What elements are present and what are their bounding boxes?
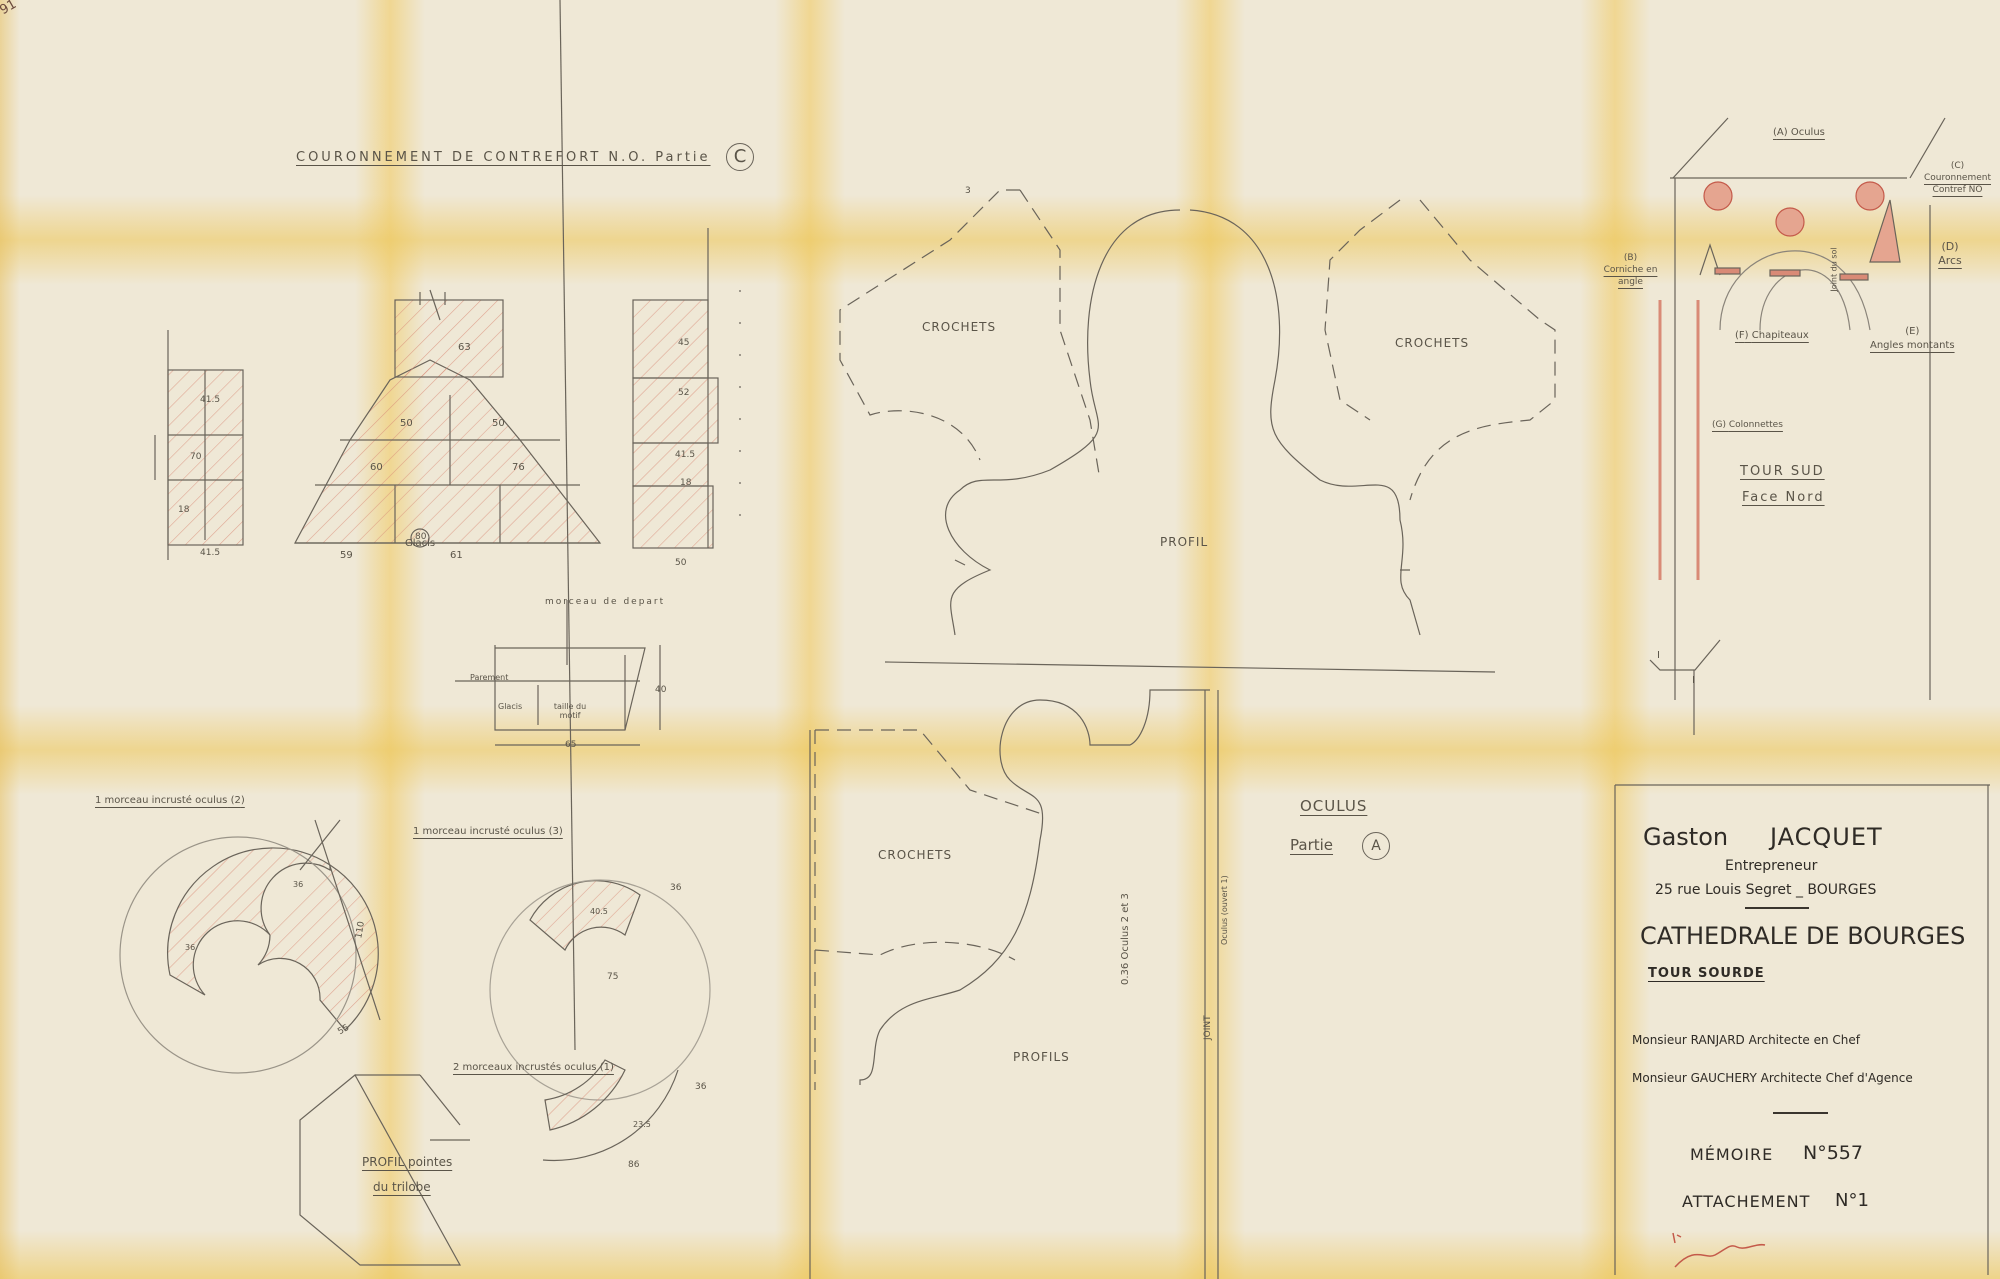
memoire-number: N°557 — [1803, 1142, 1863, 1164]
tower-elevation — [1650, 118, 1945, 735]
dim-60: 60 — [370, 462, 383, 473]
architect-2: Monsieur GAUCHERY Architecte Chef d'Agen… — [1632, 1071, 1913, 1085]
firm-role: Entrepreneur — [1725, 858, 1817, 874]
section-line — [885, 662, 1495, 672]
piece-3-dim-b: 36 — [670, 883, 681, 893]
crochets-label-left: CROCHETS — [922, 320, 996, 334]
vertical-note-oculus: 0.36 Oculus 2 et 3 — [1120, 893, 1131, 985]
tower-label: TOUR SUD — [1740, 464, 1825, 479]
memoire-label: MÉMOIRE — [1690, 1145, 1773, 1164]
signature — [1665, 1225, 1775, 1275]
profil-mark: 3 — [965, 186, 971, 196]
key-a: (A) Oculus — [1773, 127, 1825, 138]
dim-76: 76 — [512, 462, 525, 473]
left-dim-3: 18 — [178, 505, 189, 515]
left-dim-4: 41.5 — [200, 548, 220, 558]
key-f: (F) Chapiteaux — [1735, 330, 1809, 341]
profils-label-bottom: PROFILS — [1013, 1050, 1070, 1064]
crochets-bottom-dashed — [815, 730, 1045, 1090]
profil-pointes-outline — [300, 1075, 460, 1265]
detail-width: 65 — [565, 740, 576, 750]
firm-last-name: JACQUET — [1770, 823, 1883, 851]
face-label: Face Nord — [1742, 490, 1825, 505]
left-elevation-block — [155, 330, 243, 560]
dim-50-left: 50 — [400, 418, 413, 429]
vertical-note-joint: JOINT — [1203, 1015, 1213, 1040]
key-e: (E)Angles montants — [1870, 325, 1955, 353]
section-c-circle-letter: C — [726, 143, 754, 171]
profil-pointes-label-1: PROFIL pointes — [362, 1155, 452, 1169]
divider — [1773, 1112, 1828, 1114]
left-dim-2: 70 — [190, 452, 201, 462]
side-dim-52: 52 — [678, 388, 689, 398]
vertical-note-ouvert: Oculus (ouvert 1) — [1220, 875, 1229, 945]
piece-2-dim-b: 36 — [185, 943, 195, 952]
piece-1-dim-c: 36 — [695, 1082, 706, 1092]
parement-label: Parement — [470, 673, 508, 682]
bottom-profile-outline — [860, 690, 1218, 1279]
piece-1-label: 2 morceaux incrustés oculus (1) — [453, 1062, 614, 1073]
left-dim-1: 41.5 — [200, 395, 220, 405]
key-d: (D)Arcs — [1930, 240, 1970, 268]
depart-label: morceau de depart — [545, 597, 665, 607]
subproject-name: TOUR SOURDE — [1648, 966, 1765, 981]
detail-glacis-label: Glacis — [498, 702, 522, 711]
piece-3-label: 1 morceau incrusté oculus (3) — [413, 826, 563, 837]
profil-label-center: PROFIL — [1160, 535, 1208, 549]
base-dim-left: 59 — [340, 550, 353, 561]
dim-50-right: 50 — [492, 418, 505, 429]
key-b: (B)Corniche en angle — [1603, 252, 1658, 288]
key-c: (C)Couronnement Contref NO — [1920, 160, 1995, 196]
base-dim-right: 61 — [450, 550, 463, 561]
piece-2-dim-a: 36 — [293, 880, 303, 889]
side-dim-18: 18 — [680, 478, 691, 488]
triangle-elevation — [295, 290, 600, 547]
line-drawing — [0, 0, 2000, 1279]
oculus-partie: Partie — [1290, 836, 1333, 854]
firm-first-name: Gaston — [1643, 823, 1728, 851]
piece-3-dim-a: 40.5 — [590, 907, 608, 916]
piece-2-label: 1 morceau incrusté oculus (2) — [95, 795, 245, 806]
attachement-label: ATTACHEMENT — [1682, 1192, 1810, 1211]
crochets-label-bottom: CROCHETS — [878, 848, 952, 862]
taille-label: taille du motif — [545, 702, 595, 720]
key-g: (G) Colonnettes — [1712, 420, 1783, 430]
top-profile-outline — [946, 210, 1420, 635]
side-dim-50: 50 — [675, 558, 686, 568]
side-dim-45: 45 — [678, 338, 689, 348]
crochets-label-right: CROCHETS — [1395, 336, 1469, 350]
divider — [1745, 907, 1809, 909]
piece-1-dim-b: 86 — [628, 1160, 639, 1170]
attachement-number: N°1 — [1835, 1190, 1869, 1211]
side-dim-41: 41.5 — [675, 450, 695, 460]
oculus-piece-3 — [490, 0, 710, 1100]
dim-63: 63 — [458, 342, 471, 353]
oculus-circle-letter: A — [1362, 832, 1390, 860]
oculus-title: OCULUS — [1300, 797, 1367, 815]
architect-1: Monsieur RANJARD Architecte en Chef — [1632, 1033, 1860, 1047]
detail-height: 40 — [655, 685, 666, 695]
firm-address: 25 rue Louis Segret _ BOURGES — [1655, 882, 1876, 898]
oculus-piece-1 — [543, 1060, 678, 1160]
piece-1-dim-a: 23.5 — [633, 1120, 651, 1129]
section-mark-1: I — [1657, 650, 1660, 661]
dim-80-circled: 80 — [415, 532, 426, 542]
joint-sol-note: Joint du sol — [1830, 247, 1839, 291]
piece-3-dim-c: 75 — [607, 972, 618, 982]
profil-pointes-label-2: du trilobe — [373, 1180, 431, 1194]
section-mark-2: I — [1692, 675, 1695, 686]
project-name: CATHEDRALE DE BOURGES — [1640, 922, 1965, 950]
section-c-title: COURONNEMENT DE CONTREFORT N.O. Partie — [296, 150, 711, 165]
